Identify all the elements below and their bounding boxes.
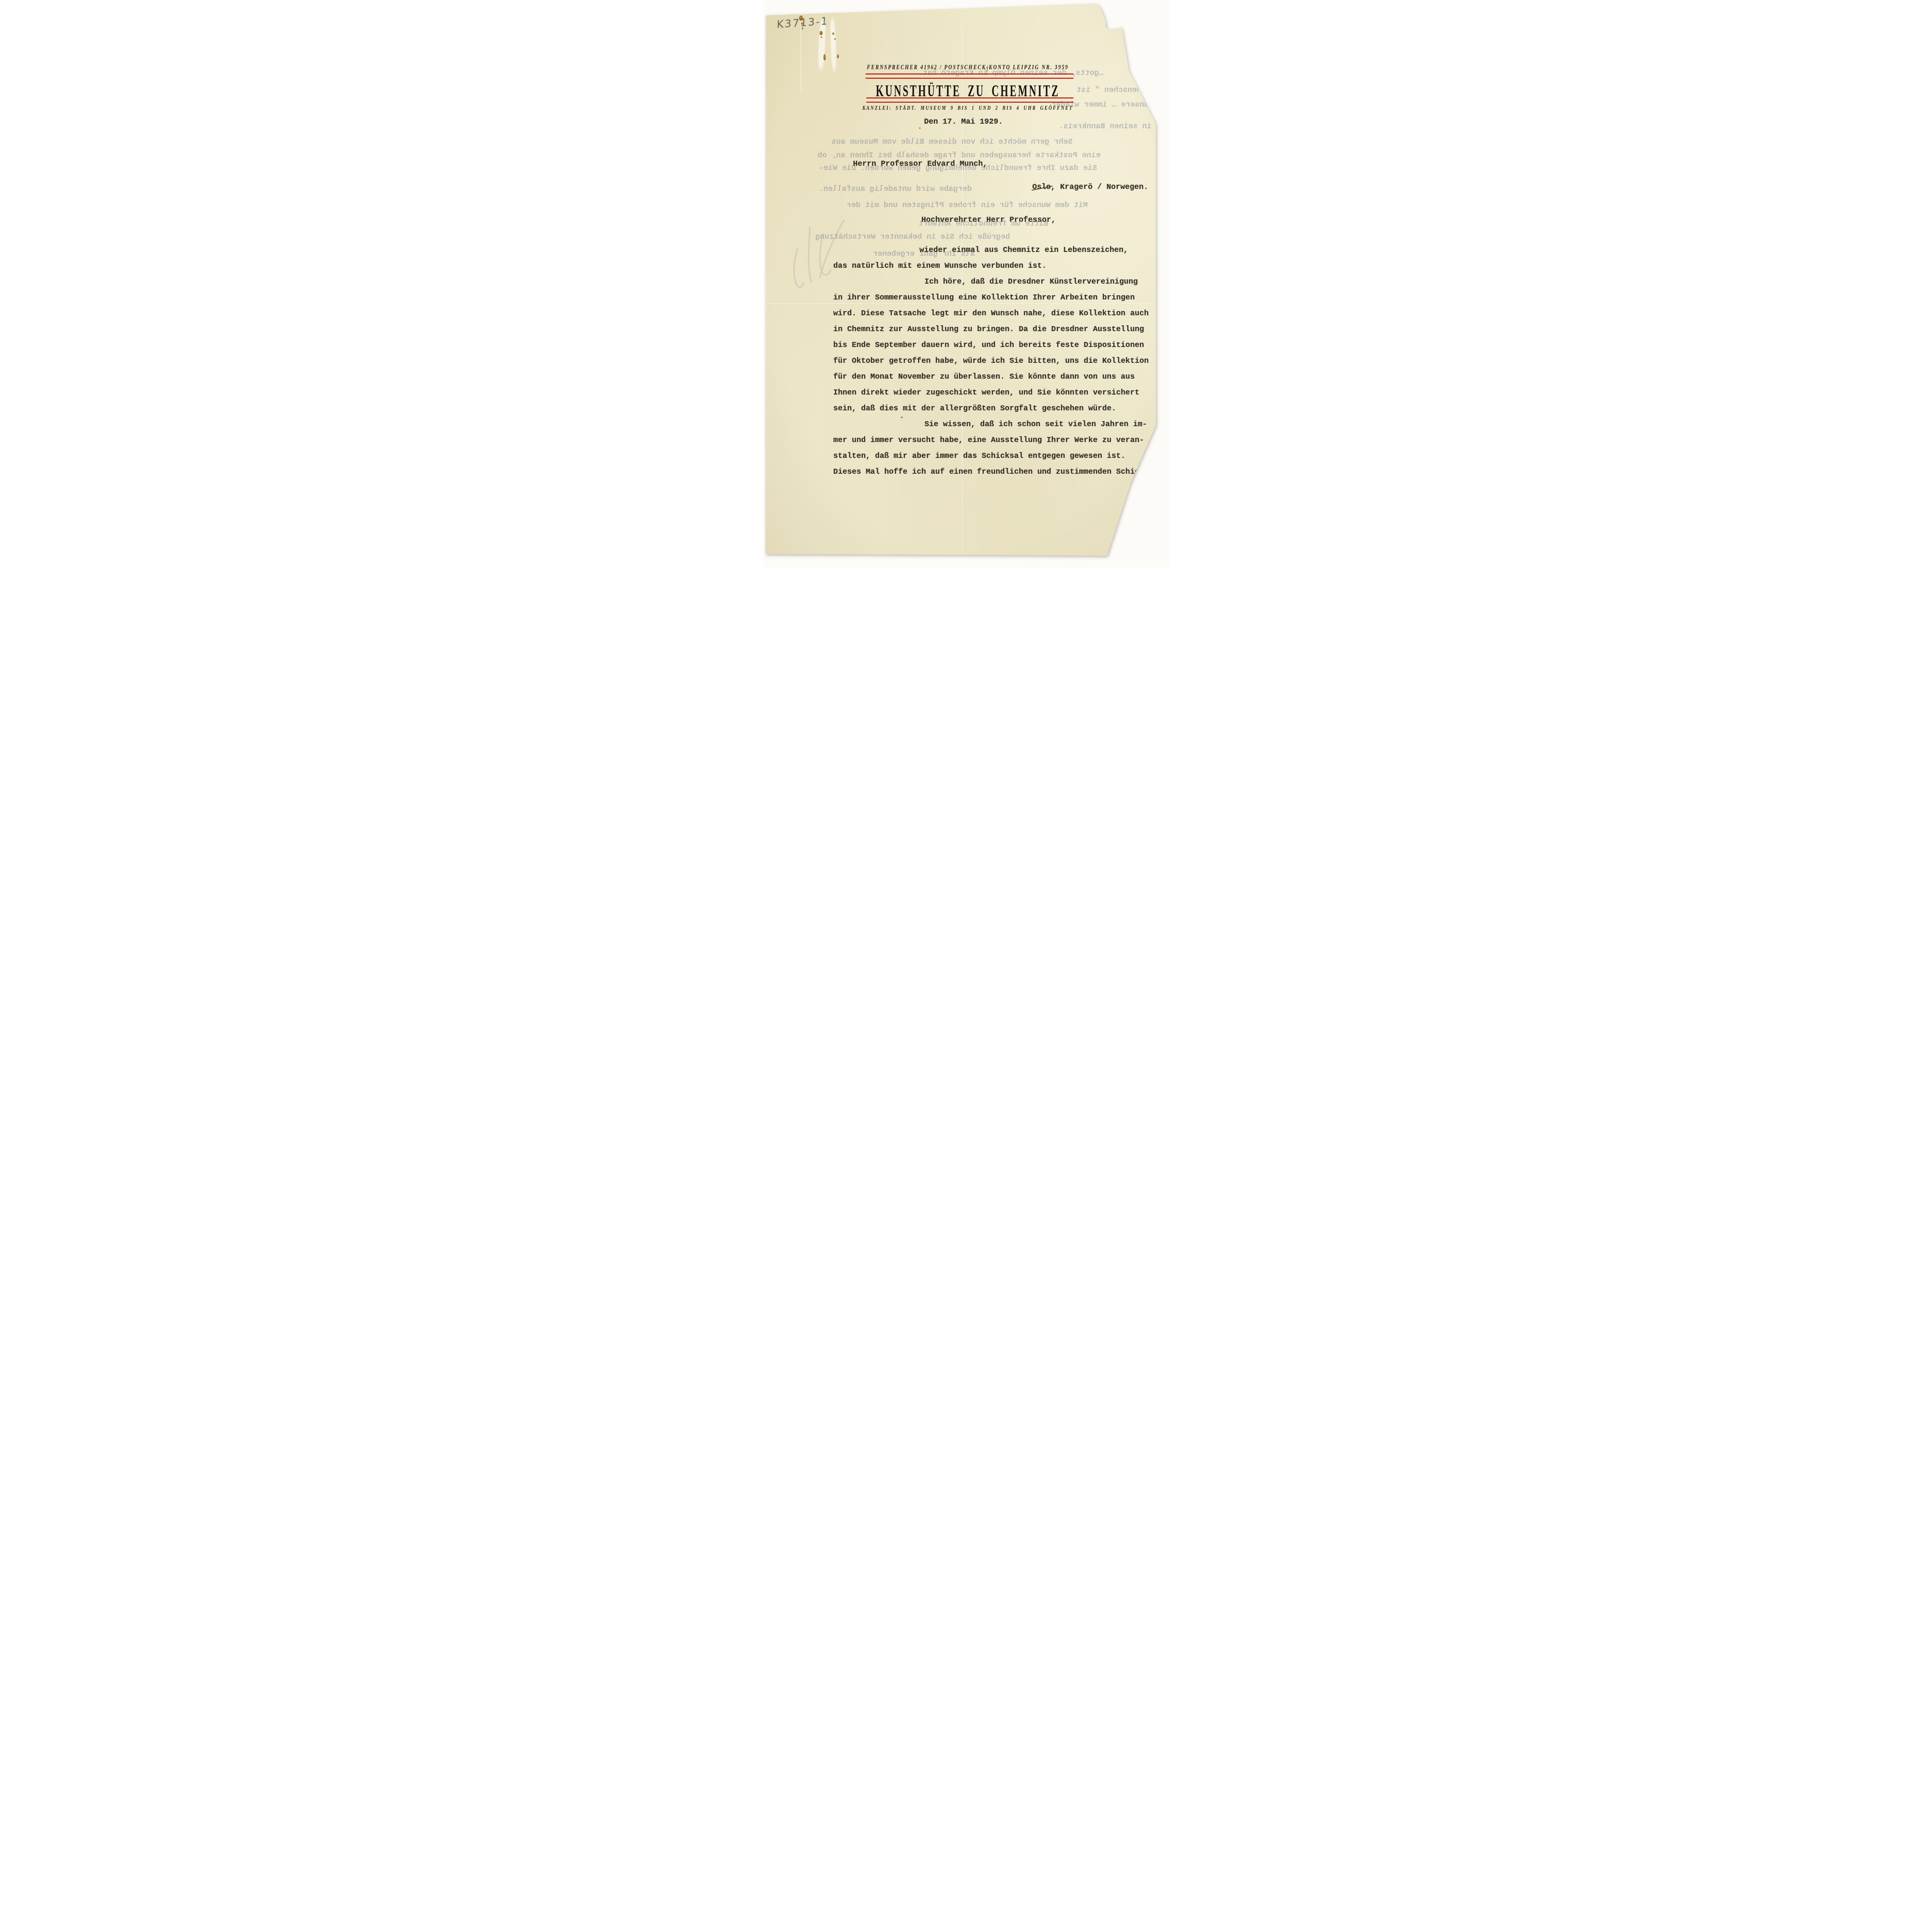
rust-stain: [834, 38, 836, 40]
body-line: stalten, daß mir aber immer das Schicksa…: [833, 452, 1126, 460]
letterhead-title-row: KUNSTHÜTTE ZU CHEMNITZ: [861, 82, 1075, 94]
red-rule: [866, 102, 1073, 103]
body-line: für den Monat November zu überlassen. Si…: [833, 373, 1135, 381]
body-line: wird. Diese Tatsache legt mir den Wunsch…: [833, 310, 1149, 318]
body-line: in Chemnitz zur Ausstellung zu bringen. …: [833, 326, 1144, 333]
rust-stain: [832, 32, 834, 35]
bleedthrough-line: dergabe wird untadelig ausfallen.: [819, 185, 972, 193]
body-line: mer und immer versucht habe, eine Ausste…: [833, 437, 1144, 444]
body-line: Ich höre, daß die Dresdner Künstlerverei…: [925, 278, 1138, 286]
paper-shadow: …gotts, der seinen Olymp in Kragerö hat.…: [764, 0, 1169, 568]
recipient-line-2: Oslo, Kragerö / Norwegen.: [995, 176, 1148, 199]
scanned-letter: …gotts, der seinen Olymp in Kragerö hat.…: [764, 0, 1169, 568]
body-line: bis Ende September dauern wird, und ich …: [833, 342, 1144, 349]
red-rule: [866, 73, 1073, 75]
recipient-line-1: Herrn Professor Edvard Munch,: [853, 160, 988, 168]
letterhead-phone-line: FERNSPRECHER 41962 / POSTSCHECK-KONTO LE…: [861, 63, 1075, 71]
body-line: das natürlich mit einem Wunsche verbunde…: [833, 262, 1047, 270]
letterhead-office-row: KANZLEI: STÄDT. MUSEUM 9 BIS 1 UND 2 BIS…: [861, 106, 1075, 111]
body-line: Dieses Mal hoffe ich auf einen freundlic…: [833, 468, 1149, 476]
body-line: wieder einmal aus Chemnitz ein Lebenszei…: [920, 247, 1128, 254]
bleedthrough-line: Sehr gern möchte ich von diesem Bilde vo…: [832, 138, 1073, 146]
rust-stain: [821, 36, 822, 38]
body-line: für Oktober getroffen habe, würde ich Si…: [833, 357, 1149, 365]
body-line: Ihnen direkt wieder zugeschickt werden, …: [833, 389, 1139, 397]
red-speck: [919, 128, 920, 129]
olive-speck: [901, 417, 903, 418]
body-line: sein, daß dies mit der allergrößten Sorg…: [833, 405, 1116, 413]
rust-stain: [837, 54, 839, 58]
body-line: Sie wissen, daß ich schon seit vielen Ja…: [925, 421, 1147, 429]
body-line: in ihrer Sommerausstellung eine Kollekti…: [833, 294, 1135, 302]
bleedthrough-line: … Menschen ” ist: [1077, 87, 1151, 94]
bleedthrough-line: in seinen Bannkreis.: [1059, 123, 1151, 131]
letter-paper: …gotts, der seinen Olymp in Kragerö hat.…: [764, 0, 1169, 568]
rust-stain: [820, 31, 823, 35]
bleedthrough-signature-ghost: [786, 213, 852, 290]
bleedthrough-line: eine Postkarte herausgeben und frage des…: [818, 152, 1100, 160]
red-rule: [866, 97, 1073, 99]
date-line: Den 17. Mai 1929.: [924, 118, 1003, 126]
letterhead-office-line: KANZLEI: STÄDT. MUSEUM 9 BIS 1 UND 2 BIS…: [861, 105, 1075, 111]
struck-word-oslo: Oslo: [1032, 184, 1051, 191]
red-rule: [866, 78, 1073, 79]
bleedthrough-line: Mit dem Wunsche für ein frohes Pfingsten…: [847, 202, 1088, 209]
rust-stain: [823, 54, 826, 61]
horizontal-fold-crease: [767, 303, 1155, 304]
recipient-line-2-rest: , Kragerö / Norwegen.: [1051, 183, 1148, 192]
tape-remnant-right: [830, 15, 837, 74]
letterhead: FERNSPRECHER 41962 / POSTSCHECK-KONTO LE…: [861, 64, 1075, 70]
salutation: Hochverehrter Herr Professor,: [922, 216, 1056, 224]
